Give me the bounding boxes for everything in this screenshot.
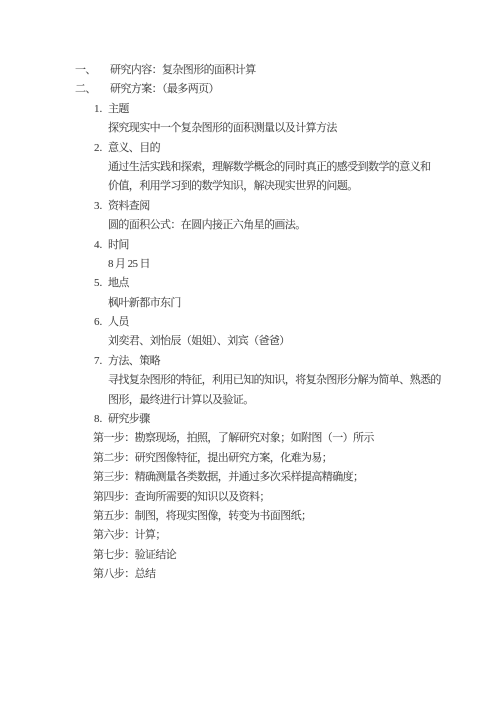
line-text: 第五步：制图，将现实图像，转变为书面图纸；	[93, 510, 311, 522]
line-text: 主题	[108, 103, 129, 115]
line-text: 圆的面积公式：在圆内接正六角星的画法。	[108, 219, 306, 231]
list-marker: 一、	[75, 61, 110, 80]
text-line: 第一步：勘察现场，拍照，了解研究对象；如附图（一）所示	[0, 429, 500, 448]
list-marker: 2.	[94, 139, 108, 158]
line-text: 第八步：总结	[93, 568, 155, 580]
list-marker: 1.	[94, 100, 108, 119]
line-text: 第四步：查询所需要的知识以及资料；	[93, 491, 270, 503]
list-marker: 3.	[94, 197, 108, 216]
line-text: 时间	[108, 239, 129, 251]
text-line: 8 月 25 日	[0, 255, 500, 274]
line-text: 第二步：研究图像特征，提出研究方案，化难为易；	[93, 452, 332, 464]
line-text: 图形，最终进行计算以及验证。	[108, 394, 254, 406]
text-line: 第七步：验证结论	[0, 546, 500, 565]
line-text: 研究步骤	[108, 413, 150, 425]
line-text: 枫叶新都市东门	[108, 297, 181, 309]
text-line: 第八步：总结	[0, 565, 500, 584]
text-line: 通过生活实践和探索，理解数学概念的同时真正的感受到数学的意义和	[0, 158, 500, 177]
text-line: 6.人员	[0, 313, 500, 332]
text-line: 刘奕君、刘怡辰（姐姐）、刘宾（爸爸）	[0, 332, 500, 351]
list-marker: 7.	[94, 352, 108, 371]
line-text: 第六步：计算；	[93, 529, 166, 541]
text-line: 二、研究方案：（最多两页）	[0, 80, 500, 99]
line-text: 第一步：勘察现场，拍照，了解研究对象；如附图（一）所示	[93, 432, 374, 444]
line-text: 价值，利用学习到的数学知识，解决现实世界的问题。	[108, 180, 358, 192]
line-text: 方法、策略	[108, 355, 160, 367]
text-line: 枫叶新都市东门	[0, 294, 500, 313]
text-line: 第三步：精确测量各类数据，并通过多次采样提高精确度；	[0, 468, 500, 487]
text-line: 2.意义、目的	[0, 139, 500, 158]
line-text: 地点	[108, 277, 129, 289]
line-text: 研究方案：（最多两页）	[110, 83, 219, 95]
text-line: 一、研究内容：复杂图形的面积计算	[0, 61, 500, 80]
text-line: 第四步：查询所需要的知识以及资料；	[0, 488, 500, 507]
text-line: 第六步：计算；	[0, 526, 500, 545]
list-marker: 8.	[94, 410, 108, 429]
list-marker: 5.	[94, 274, 108, 293]
text-line: 寻找复杂图形的特征，利用已知的知识，将复杂图形分解为简单、熟悉的	[0, 371, 500, 390]
text-line: 探究现实中一个复杂图形的面积测量以及计算方法	[0, 119, 500, 138]
list-marker: 6.	[94, 313, 108, 332]
text-line: 8.研究步骤	[0, 410, 500, 429]
line-text: 意义、目的	[108, 142, 160, 154]
text-line: 4.时间	[0, 236, 500, 255]
text-line: 7.方法、策略	[0, 352, 500, 371]
line-text: 第七步：验证结论	[93, 549, 176, 561]
document-body: 一、研究内容：复杂图形的面积计算二、研究方案：（最多两页）1.主题探究现实中一个…	[0, 0, 500, 585]
text-line: 第二步：研究图像特征，提出研究方案，化难为易；	[0, 449, 500, 468]
text-line: 第五步：制图，将现实图像，转变为书面图纸；	[0, 507, 500, 526]
text-line: 圆的面积公式：在圆内接正六角星的画法。	[0, 216, 500, 235]
line-text: 探究现实中一个复杂图形的面积测量以及计算方法	[108, 122, 337, 134]
text-line: 5.地点	[0, 274, 500, 293]
text-line: 价值，利用学习到的数学知识，解决现实世界的问题。	[0, 177, 500, 196]
list-marker: 二、	[75, 80, 110, 99]
line-text: 人员	[108, 316, 129, 328]
text-line: 3.资料查阅	[0, 197, 500, 216]
line-text: 研究内容：复杂图形的面积计算	[110, 64, 256, 76]
line-text: 通过生活实践和探索，理解数学概念的同时真正的感受到数学的意义和	[108, 161, 430, 173]
line-text: 寻找复杂图形的特征，利用已知的知识，将复杂图形分解为简单、熟悉的	[108, 374, 441, 386]
line-text: 第三步：精确测量各类数据，并通过多次采样提高精确度；	[93, 471, 363, 483]
list-marker: 4.	[94, 236, 108, 255]
text-line: 1.主题	[0, 100, 500, 119]
document-page: 一、研究内容：复杂图形的面积计算二、研究方案：（最多两页）1.主题探究现实中一个…	[0, 0, 500, 706]
text-line: 图形，最终进行计算以及验证。	[0, 391, 500, 410]
line-text: 刘奕君、刘怡辰（姐姐）、刘宾（爸爸）	[108, 335, 290, 347]
line-text: 资料查阅	[108, 200, 150, 212]
line-text: 8 月 25 日	[108, 258, 150, 270]
